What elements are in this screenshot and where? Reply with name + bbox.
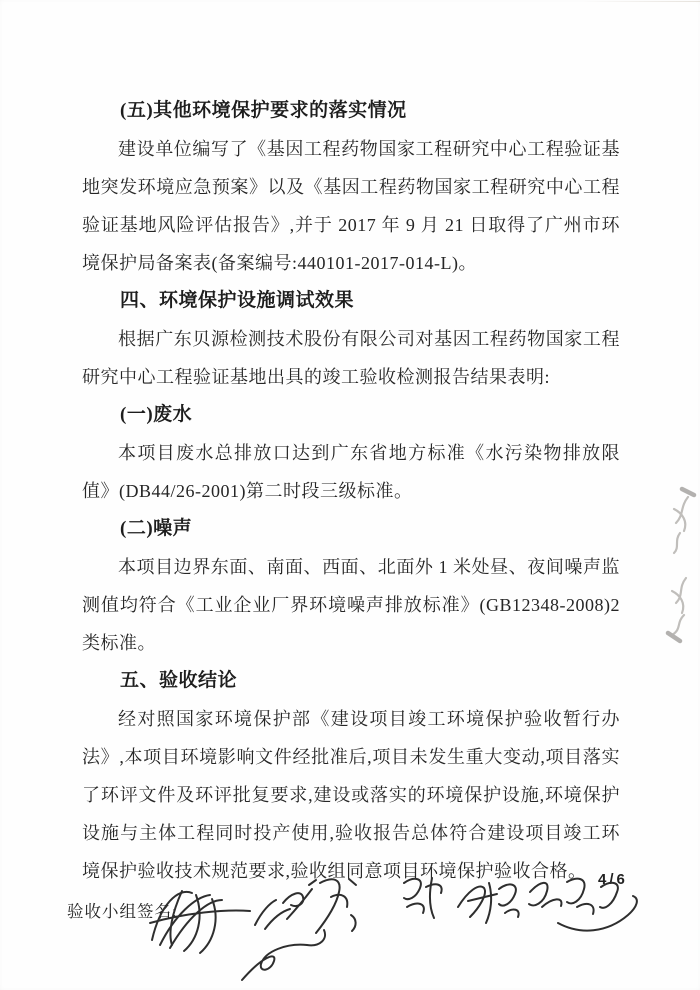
handwritten-signature-6 [529,879,637,931]
heading-conclusion: 五、验收结论 [82,662,620,700]
handwritten-signature-1 [150,891,250,953]
heading-noise: (二)噪声 [82,510,620,548]
margin-scribble-upper [674,489,694,553]
handwritten-signature-5 [458,883,519,923]
paragraph-wastewater: 本项目废水总排放口达到广东省地方标准《水污染物排放限值》(DB44/26-200… [82,434,620,510]
margin-scribble-lower [668,578,686,641]
signature-block: 验收小组签名: [0,845,700,990]
scanned-document-page: (五)其他环境保护要求的落实情况 建设单位编写了《基因工程药物国家工程研究中心工… [0,0,700,990]
paragraph-noise: 本项目边界东面、南面、西面、北面外 1 米处昼、夜间噪声监测值均符合《工业企业厂… [82,548,620,662]
handwritten-signatures [0,845,700,990]
heading-other-requirements: (五)其他环境保护要求的落实情况 [82,92,620,130]
paragraph-other-requirements: 建设单位编写了《基因工程药物国家工程研究中心工程验证基地突发环境应急预案》以及《… [82,130,620,282]
handwritten-signature-2 [255,880,316,929]
heading-section-four: 四、环境保护设施调试效果 [82,282,620,320]
handwritten-signature-3 [316,879,356,933]
handwritten-signature-flourish [242,930,325,980]
margin-scan-scribbles [660,483,700,648]
heading-wastewater: (一)废水 [82,396,620,434]
paragraph-section-four: 根据广东贝源检测技术股份有限公司对基因工程药物国家工程研究中心工程验证基地出具的… [82,320,620,396]
handwritten-signature-4 [404,878,442,918]
document-body: (五)其他环境保护要求的落实情况 建设单位编写了《基因工程药物国家工程研究中心工… [82,92,620,890]
